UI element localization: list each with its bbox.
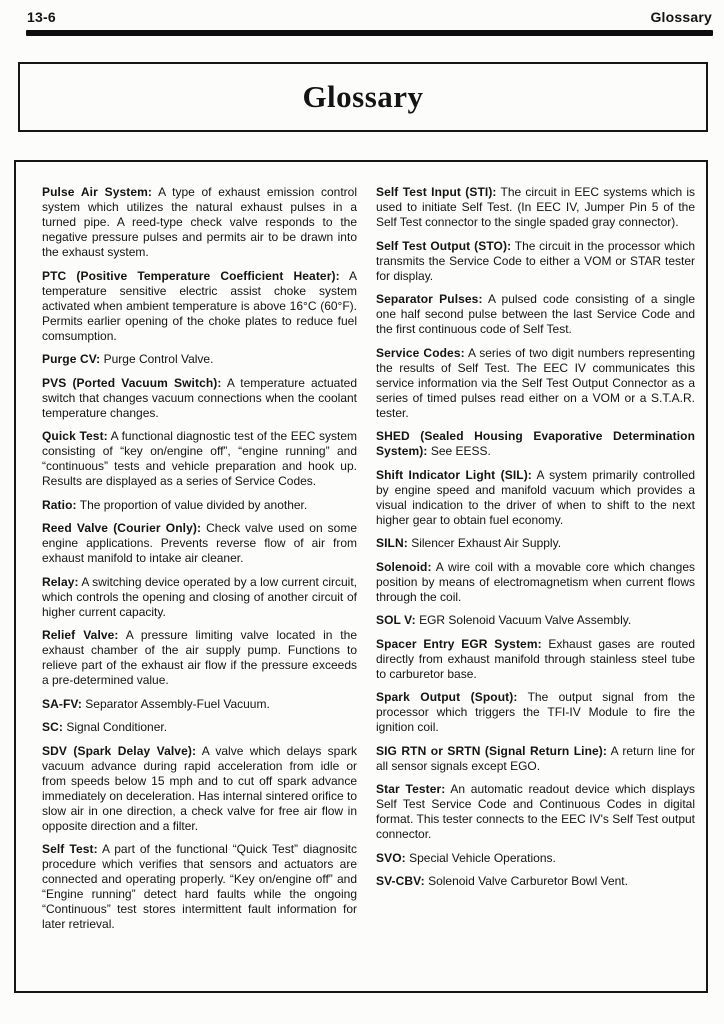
glossary-term: SVO:	[376, 851, 406, 865]
glossary-entry: SA-FV: Separator Assembly-Fuel Vacuum.	[42, 697, 357, 712]
glossary-term: Separator Pulses:	[376, 292, 483, 306]
glossary-entry: Purge CV: Purge Control Valve.	[42, 352, 357, 367]
glossary-entry: SDV (Spark Delay Valve): A valve which d…	[42, 744, 357, 834]
glossary-term: Relief Valve:	[42, 628, 119, 642]
glossary-term: Relay:	[42, 575, 79, 589]
glossary-entry: Spacer Entry EGR System: Exhaust gases a…	[376, 637, 695, 682]
glossary-definition: A switching device operated by a low cur…	[42, 575, 357, 619]
glossary-term: SV-CBV:	[376, 874, 425, 888]
glossary-definition: EGR Solenoid Vacuum Valve Assembly.	[419, 613, 631, 627]
glossary-term: Self Test:	[42, 842, 98, 856]
glossary-term: PVS (Ported Vacuum Switch):	[42, 376, 221, 390]
glossary-entry: PTC (Positive Temperature Coefficient He…	[42, 269, 357, 344]
glossary-definition: Solenoid Valve Carburetor Bowl Vent.	[428, 874, 628, 888]
glossary-term: Reed Valve (Courier Only):	[42, 521, 201, 535]
glossary-term: Self Test Output (STO):	[376, 239, 511, 253]
page-title: Glossary	[302, 79, 423, 115]
glossary-definition: See EESS.	[431, 444, 491, 458]
glossary-definition: Signal Conditioner.	[66, 720, 167, 734]
glossary-entry: SIG RTN or SRTN (Signal Return Line): A …	[376, 744, 695, 774]
glossary-term: Quick Test:	[42, 429, 108, 443]
glossary-term: SC:	[42, 720, 63, 734]
glossary-term: SILN:	[376, 536, 408, 550]
glossary-entry: Service Codes: A series of two digit num…	[376, 346, 695, 421]
glossary-left-column: Pulse Air System: A type of exhaust emis…	[42, 185, 357, 991]
glossary-entry: Quick Test: A functional diagnostic test…	[42, 429, 357, 489]
glossary-entry: SC: Signal Conditioner.	[42, 720, 357, 735]
glossary-entry: Pulse Air System: A type of exhaust emis…	[42, 185, 357, 260]
glossary-term: Ratio:	[42, 498, 77, 512]
glossary-term: Spark Output (Spout):	[376, 690, 517, 704]
glossary-term: SHED (Sealed Housing Evaporative Determi…	[376, 429, 695, 458]
glossary-entry: PVS (Ported Vacuum Switch): A temperatur…	[42, 376, 357, 421]
glossary-entry: Solenoid: A wire coil with a movable cor…	[376, 560, 695, 605]
glossary-term: Pulse Air System:	[42, 185, 152, 199]
glossary-entry: Star Tester: An automatic readout device…	[376, 782, 695, 842]
glossary-entry: Ratio: The proportion of value divided b…	[42, 498, 357, 513]
glossary-definition: Special Vehicle Operations.	[409, 851, 556, 865]
glossary-entry: Separator Pulses: A pulsed code consisti…	[376, 292, 695, 337]
glossary-content-box: Pulse Air System: A type of exhaust emis…	[14, 160, 708, 993]
glossary-entry: SOL V: EGR Solenoid Vacuum Valve Assembl…	[376, 613, 695, 628]
glossary-definition: Separator Assembly-Fuel Vacuum.	[85, 697, 270, 711]
glossary-entry: Self Test Output (STO): The circuit in t…	[376, 239, 695, 284]
running-header: Glossary	[650, 9, 712, 25]
glossary-entry: SILN: Silencer Exhaust Air Supply.	[376, 536, 695, 551]
glossary-term: Purge CV:	[42, 352, 100, 366]
title-box: Glossary	[18, 62, 708, 132]
glossary-term: Service Codes:	[376, 346, 465, 360]
glossary-term: Solenoid:	[376, 560, 432, 574]
glossary-entry: Self Test Input (STI): The circuit in EE…	[376, 185, 695, 230]
glossary-entry: Self Test: A part of the functional “Qui…	[42, 842, 357, 932]
glossary-term: Self Test Input (STI):	[376, 185, 497, 199]
page-number: 13-6	[27, 9, 56, 25]
glossary-term: SOL V:	[376, 613, 416, 627]
glossary-term: Star Tester:	[376, 782, 445, 796]
glossary-right-column: Self Test Input (STI): The circuit in EE…	[376, 185, 695, 991]
header-rule	[26, 30, 713, 36]
glossary-entry: Shift Indicator Light (SIL): A system pr…	[376, 468, 695, 528]
document-page: 13-6 Glossary Glossary Pulse Air System:…	[0, 0, 724, 1024]
glossary-definition: Purge Control Valve.	[104, 352, 214, 366]
glossary-entry: Spark Output (Spout): The output signal …	[376, 690, 695, 735]
glossary-term: SDV (Spark Delay Valve):	[42, 744, 196, 758]
glossary-term: SA-FV:	[42, 697, 82, 711]
glossary-term: SIG RTN or SRTN (Signal Return Line):	[376, 744, 607, 758]
page-header: 13-6 Glossary	[27, 9, 712, 25]
glossary-entry: SHED (Sealed Housing Evaporative Determi…	[376, 429, 695, 459]
glossary-entry: Relay: A switching device operated by a …	[42, 575, 357, 620]
glossary-term: Shift Indicator Light (SIL):	[376, 468, 532, 482]
glossary-term: PTC (Positive Temperature Coefficient He…	[42, 269, 340, 283]
glossary-entry: Reed Valve (Courier Only): Check valve u…	[42, 521, 357, 566]
glossary-definition: The proportion of value divided by anoth…	[80, 498, 307, 512]
glossary-entry: SVO: Special Vehicle Operations.	[376, 851, 695, 866]
glossary-entry: Relief Valve: A pressure limiting valve …	[42, 628, 357, 688]
glossary-entry: SV-CBV: Solenoid Valve Carburetor Bowl V…	[376, 874, 695, 889]
glossary-definition: Silencer Exhaust Air Supply.	[411, 536, 561, 550]
glossary-term: Spacer Entry EGR System:	[376, 637, 542, 651]
